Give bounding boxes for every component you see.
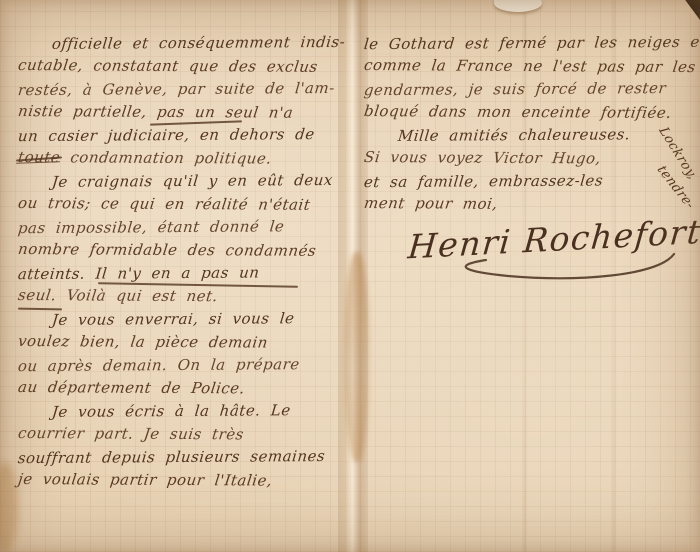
letter-line: bloqué dans mon enceinte fortifiée.	[363, 100, 694, 125]
letter-line: Je vous écris à la hâte. Le	[17, 399, 347, 424]
letter-line: courrier part. Je suis très	[17, 422, 348, 447]
letter-scan: officielle et conséquemment indis- cutab…	[0, 0, 700, 552]
letter-line: Mille amitiés chaleureuses.	[363, 123, 693, 148]
letter-line: au département de Police.	[17, 376, 348, 401]
letter-line: et sa famille, embrassez-les	[363, 169, 693, 194]
letter-line: atteints. Il n'y en a pas un	[17, 261, 347, 286]
left-page: officielle et conséquemment indis- cutab…	[18, 32, 346, 492]
signature-flourish	[428, 250, 678, 284]
letter-line: Je vous enverrai, si vous le	[17, 307, 347, 332]
letter-line: cutable, constatant que des exclus	[17, 54, 348, 79]
letter-line: officielle et conséquemment indis-	[17, 31, 347, 56]
letter-line: ou après demain. On la prépare	[17, 353, 347, 378]
letter-line: Si vous voyez Victor Hugo,	[363, 146, 694, 171]
torn-corner	[682, 0, 700, 20]
right-page: le Gothard est fermé par les neiges et c…	[364, 32, 692, 216]
letter-line: je voulais partir pour l'Italie,	[17, 468, 348, 493]
letter-line: nombre formidable des condamnés	[17, 238, 348, 263]
letter-line: nistie partielle, pas un seul n'a	[17, 100, 348, 125]
letter-line: restés, à Genève, par suite de l'am-	[17, 77, 347, 102]
torn-paper-tab	[494, 0, 543, 13]
letter-line: Je craignais qu'il y en eût deux	[17, 169, 347, 194]
letter-line: souffrant depuis plusieurs semaines	[17, 445, 347, 470]
letter-line: ou trois; ce qui en réalité n'était	[17, 192, 348, 217]
letter-line: ment pour moi,	[363, 192, 694, 217]
letter-line: comme la France ne l'est pas par les	[363, 54, 694, 79]
fold-stain	[345, 252, 369, 462]
letter-line: le Gothard est fermé par les neiges et	[363, 31, 693, 56]
letter-line: un casier judiciaire, en dehors de	[17, 123, 347, 148]
letter-line: toute condamnation politique.	[17, 146, 348, 171]
bottom-left-stain	[0, 462, 18, 552]
letter-line: seul. Voilà qui est net.	[17, 284, 348, 309]
letter-line: pas impossible, étant donné le	[17, 215, 347, 240]
letter-line: voulez bien, la pièce demain	[17, 330, 348, 355]
letter-line: gendarmes, je suis forcé de rester	[363, 77, 693, 102]
